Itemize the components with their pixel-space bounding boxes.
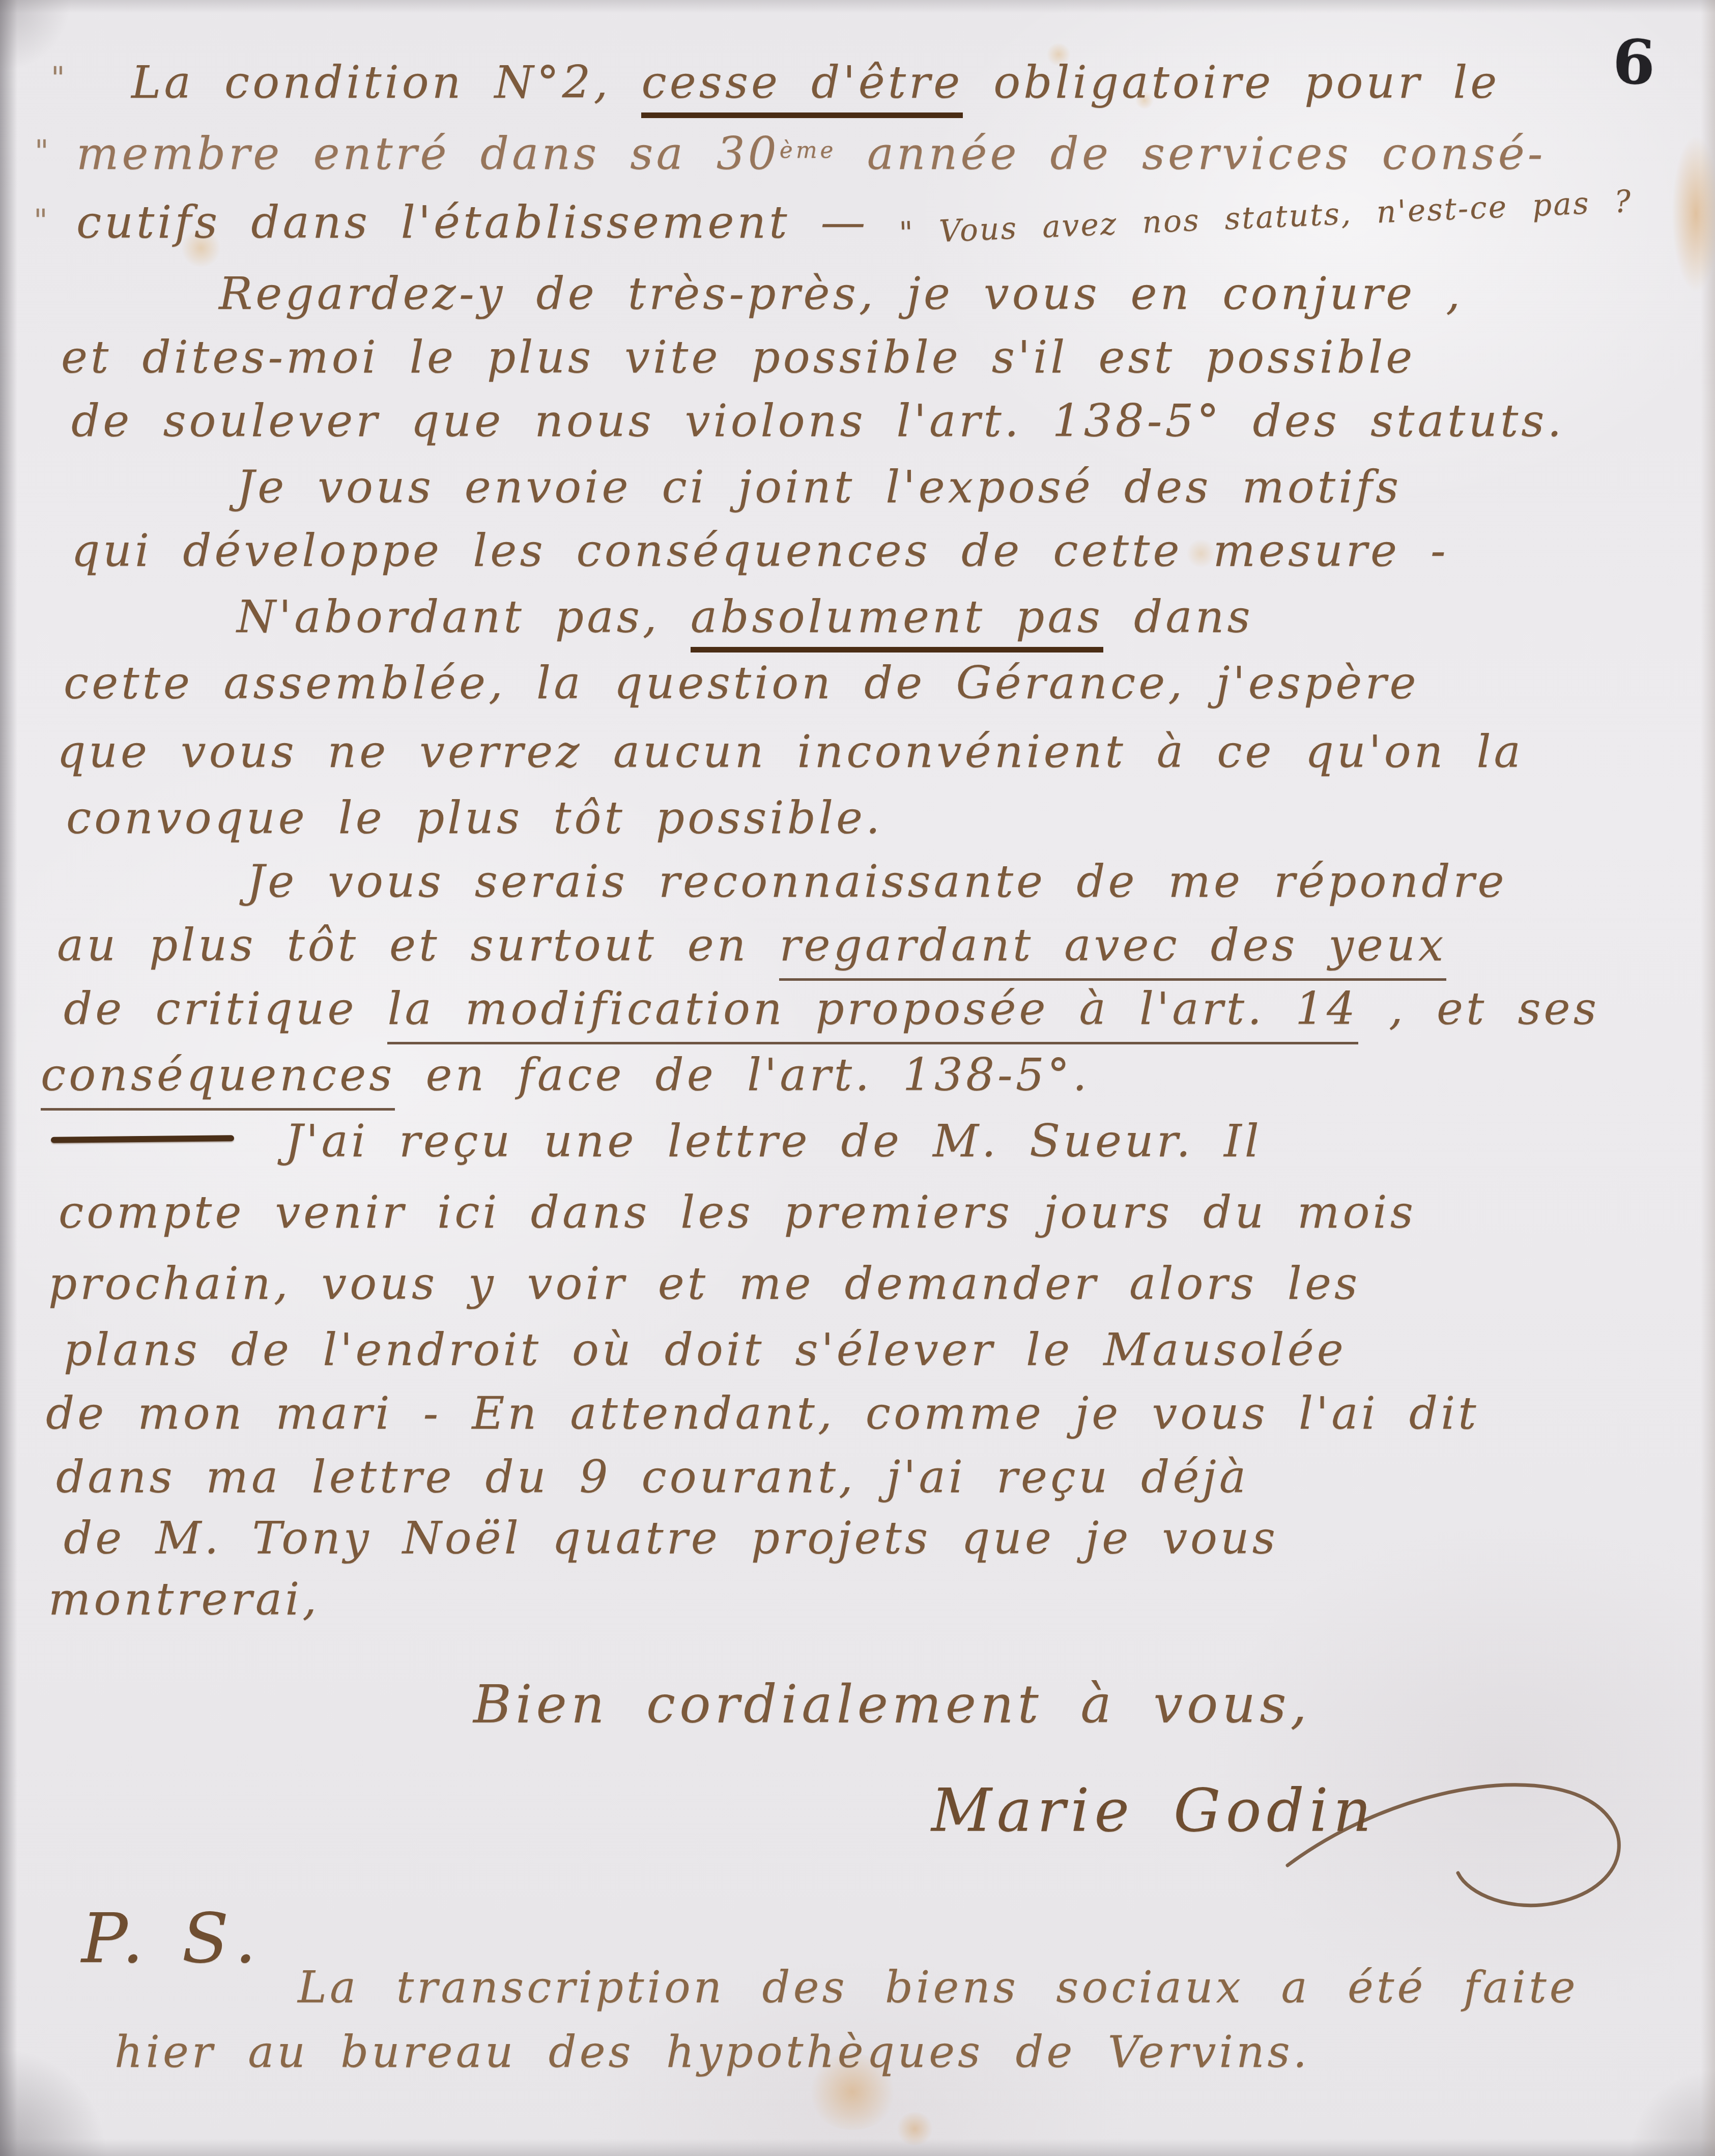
letter-text-segment: de soulever que nous violons l'art. 138-… — [71, 394, 1564, 447]
letter-text-segment: cesse d'être — [641, 56, 963, 118]
letter-text-segment: cette assemblée, la question de Gérance,… — [64, 657, 1419, 709]
letter-line: de soulever que nous violons l'art. 138-… — [71, 394, 1564, 447]
margin-quote-mark: " — [35, 133, 49, 169]
letter-line: cutifs dans l'établissement — " Vous ave… — [76, 196, 1633, 249]
letter-text-segment: de M. Tony Noël quatre projets que je vo… — [64, 1512, 1278, 1564]
letter-text-segment: La condition N°2, — [131, 56, 641, 108]
letter-line: membre entré dans sa 30ème année de serv… — [76, 127, 1546, 180]
letter-text-segment: ème — [780, 137, 837, 163]
letter-text-segment: conséquences — [41, 1048, 395, 1111]
letter-text-segment: compte venir ici dans les premiers jours… — [59, 1186, 1416, 1238]
letter-text-segment: plans de l'endroit où doit s'élever le M… — [64, 1323, 1347, 1376]
letter-text-segment: regardant avec des yeux — [779, 919, 1446, 981]
letter-text-segment: qui développe les conséquences de cette … — [71, 524, 1449, 577]
letter-text-segment: cutifs dans l'établissement — — [76, 196, 899, 248]
letter-line: plans de l'endroit où doit s'élever le M… — [64, 1323, 1347, 1376]
margin-quote-mark: " — [51, 60, 65, 96]
postscript-label: P. S. — [81, 1898, 265, 1978]
letter-line: de mon mari - En attendant, comme je vou… — [46, 1387, 1479, 1440]
letter-line: de critique la modification proposée à l… — [64, 982, 1599, 1035]
letter-text-segment: de critique — [64, 982, 387, 1035]
letter-line: N'abordant pas, absolument pas dans — [237, 590, 1253, 643]
letter-text-segment: au plus tôt et surtout en — [57, 919, 779, 971]
letter-line: de M. Tony Noël quatre projets que je vo… — [64, 1512, 1278, 1565]
letter-text-segment: J'ai reçu une lettre de M. Sueur. Il — [285, 1115, 1262, 1167]
letter-text-segment: prochain, vous y voir et me demander alo… — [48, 1257, 1360, 1310]
letter-text-segment: montrerai, — [48, 1573, 320, 1625]
letter-line: convoque le plus tôt possible. — [66, 791, 883, 844]
letter-line: compte venir ici dans les premiers jours… — [59, 1186, 1416, 1239]
letter-text-segment: année de services consé- — [837, 127, 1546, 180]
letter-line: que vous ne verrez aucun inconvénient à … — [57, 725, 1524, 778]
letter-text-segment: la modification proposée à l'art. 14 — [387, 982, 1358, 1044]
letter-text-segment: que vous ne verrez aucun inconvénient à … — [57, 725, 1524, 778]
letter-line: J'ai reçu une lettre de M. Sueur. Il — [285, 1115, 1262, 1168]
letter-line: au plus tôt et surtout en regardant avec… — [57, 919, 1446, 972]
signature-block: Marie Godin — [931, 1761, 1695, 1929]
letter-text-segment: membre entré dans sa 30 — [76, 127, 780, 180]
postscript-line: hier au bureau des hypothèques de Vervin… — [115, 2027, 1310, 2078]
letter-line: La condition N°2, cesse d'être obligatoi… — [131, 56, 1500, 109]
margin-quote-mark: " — [34, 203, 48, 238]
letter-line: Je vous envoie ci joint l'exposé des mot… — [237, 461, 1402, 514]
letter-text-segment: " Vous avez nos statuts, n'est-ce pas ? — [898, 184, 1633, 251]
closing-salutation: Bien cordialement à vous, — [473, 1675, 1311, 1735]
stain — [1672, 135, 1715, 293]
letter-text-segment: absolument pas — [691, 590, 1103, 653]
letter-line: et dites-moi le plus vite possible s'il … — [61, 331, 1415, 384]
paragraph-separator-stroke — [51, 1135, 234, 1143]
letter-text-segment: de mon mari - En attendant, comme je vou… — [46, 1387, 1479, 1439]
manuscript-page: 6 """ La condition N°2, cesse d'être obl… — [0, 0, 1715, 2156]
letter-text-segment: en face de l'art. 138-5°. — [395, 1048, 1090, 1101]
letter-text-segment: Regardez-y de très-près, je vous en conj… — [219, 267, 1463, 320]
letter-text-segment: Je vous serais reconnaissante de me répo… — [247, 855, 1507, 907]
letter-text-segment: , et ses — [1358, 982, 1599, 1035]
letter-line: prochain, vous y voir et me demander alo… — [48, 1257, 1360, 1310]
postscript-line: La transcription des biens sociaux a été… — [298, 1962, 1579, 2013]
page-number: 6 — [1611, 26, 1656, 99]
letter-line: dans ma lettre du 9 courant, j'ai reçu d… — [56, 1451, 1249, 1503]
letter-line: montrerai, — [48, 1573, 320, 1626]
letter-line: Je vous serais reconnaissante de me répo… — [247, 855, 1507, 908]
letter-text-segment: obligatoire pour le — [963, 56, 1500, 108]
letter-text-segment: dans ma lettre du 9 courant, j'ai reçu d… — [56, 1451, 1249, 1503]
letter-line: qui développe les conséquences de cette … — [71, 524, 1449, 577]
letter-text-segment: et dites-moi le plus vite possible s'il … — [61, 331, 1415, 383]
letter-line: cette assemblée, la question de Gérance,… — [64, 657, 1419, 710]
letter-text-segment: Je vous envoie ci joint l'exposé des mot… — [237, 461, 1402, 513]
letter-text-segment: N'abordant pas, — [237, 590, 691, 643]
stain — [896, 2112, 934, 2145]
letter-line: conséquences en face de l'art. 138-5°. — [41, 1048, 1090, 1101]
signature-flourish-icon — [1282, 1761, 1669, 1929]
letter-text-segment: convoque le plus tôt possible. — [66, 791, 883, 844]
letter-text-segment: dans — [1103, 590, 1253, 643]
letter-line: Regardez-y de très-près, je vous en conj… — [219, 267, 1463, 320]
